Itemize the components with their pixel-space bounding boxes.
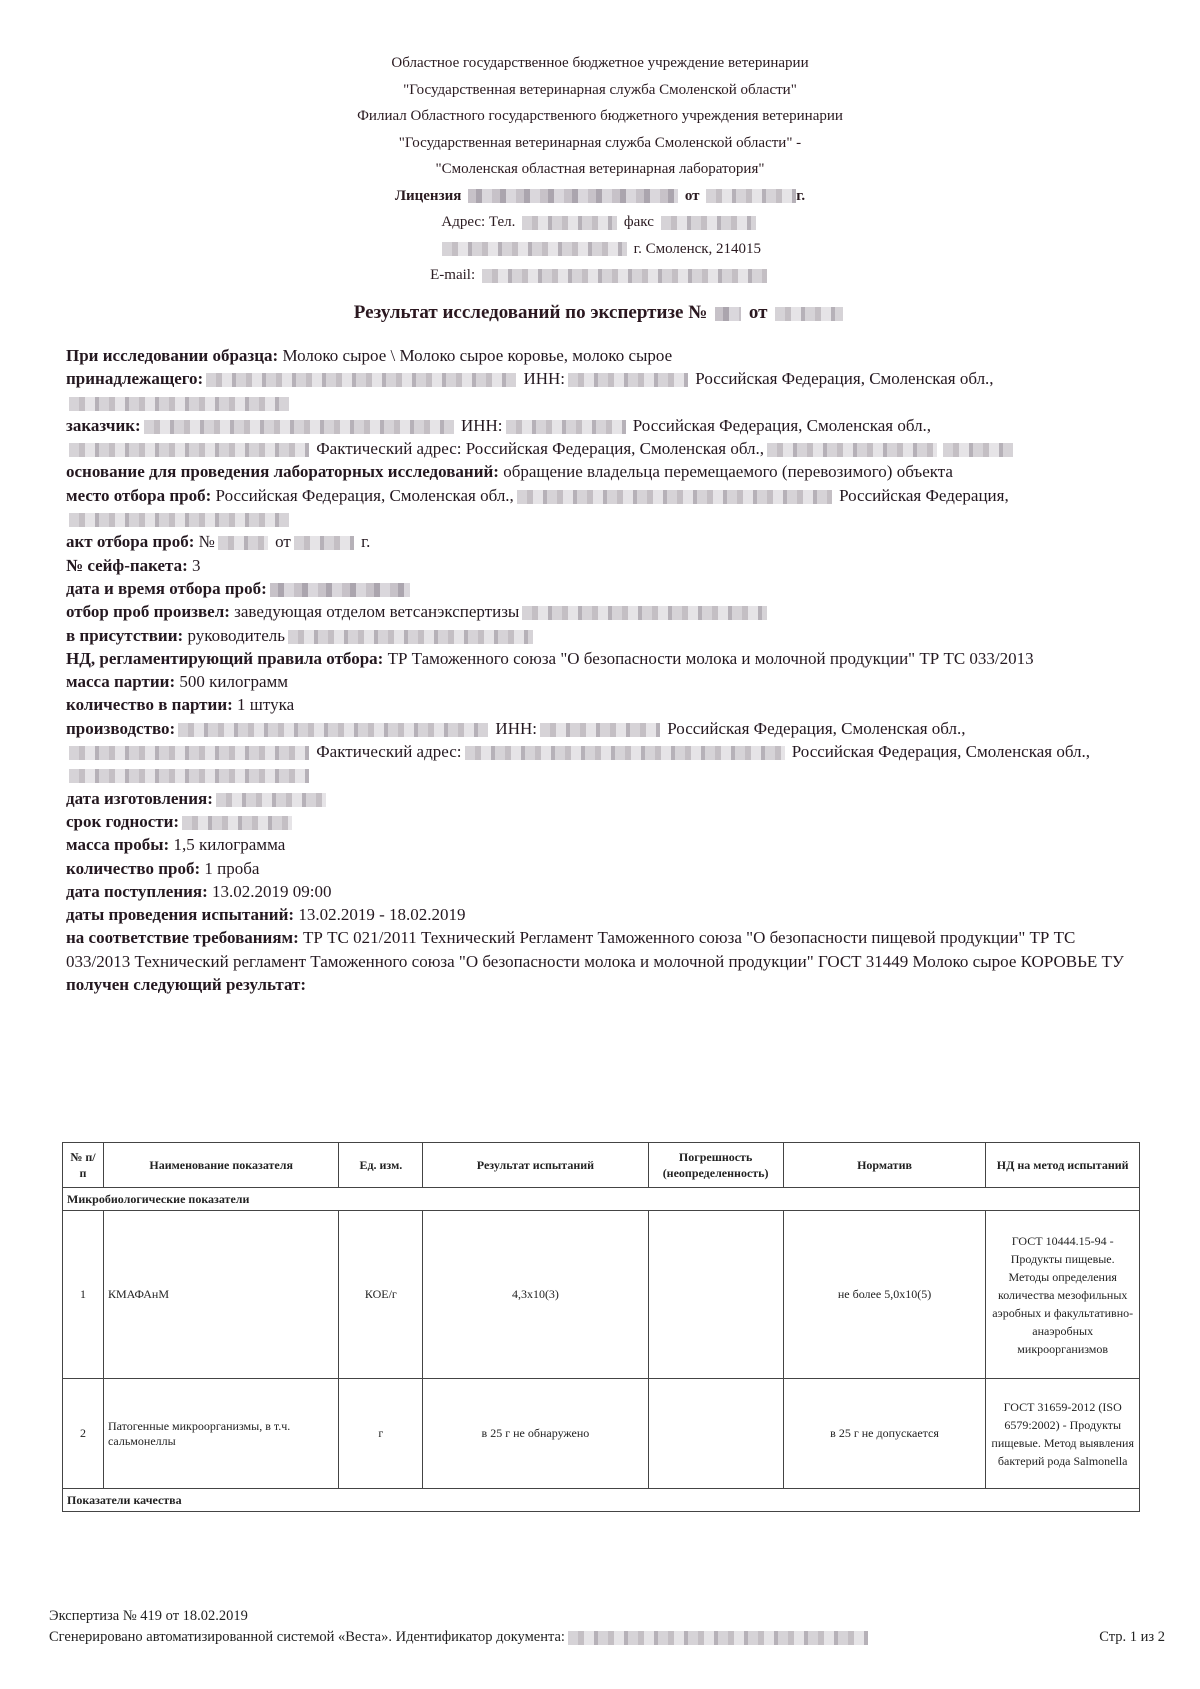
col-result: Результат испытаний <box>423 1143 648 1188</box>
header-line-4: "Государственная ветеринарная служба Смо… <box>0 130 1200 157</box>
redacted-phone <box>522 216 617 230</box>
cell-no: 2 <box>63 1379 104 1489</box>
license-line: Лицензия от г. <box>0 183 1200 210</box>
phone-line: Адрес: Тел. факс <box>0 209 1200 236</box>
page-number: Стр. 1 из 2 <box>1099 1627 1165 1648</box>
license-suffix: г. <box>796 188 805 204</box>
redacted-presence <box>288 630 533 644</box>
field-place: место отбора проб: Российская Федерация,… <box>66 484 1126 531</box>
redacted-inn <box>568 373 688 387</box>
cell-error <box>648 1379 783 1489</box>
field-safe-pack: № сейф-пакета: 3 <box>66 554 1126 577</box>
cell-norm: в 25 г не допускается <box>783 1379 986 1489</box>
cell-no: 1 <box>63 1211 104 1379</box>
fax-label: факс <box>624 214 654 230</box>
results-table: № п/п Наименование показателя Ед. изм. Р… <box>62 1142 1140 1512</box>
cell-name: Патогенные микроорганизмы, в т.ч. сальмо… <box>103 1379 338 1489</box>
redacted-act-number <box>218 536 268 550</box>
header-line-3: Филиал Областного государственюго бюджет… <box>0 103 1200 130</box>
address-line: г. Смоленск, 214015 <box>0 236 1200 263</box>
title-prefix: Результат исследований по экспертизе № <box>354 302 708 323</box>
cell-error <box>648 1211 783 1379</box>
field-basis: основание для проведения лабораторных ис… <box>66 460 1126 483</box>
redacted-document-id <box>568 1631 868 1645</box>
col-error: Погрешность (неопределенность) <box>648 1143 783 1188</box>
cell-result: 4,3x10(3) <box>423 1211 648 1379</box>
license-label: Лицензия <box>395 188 462 204</box>
redacted-place-2 <box>69 513 289 527</box>
field-customer: заказчик: ИНН: Российская Федерация, Смо… <box>66 414 1126 461</box>
redacted-customer-actual-address <box>767 443 937 457</box>
section-row: Показатели качества <box>63 1489 1140 1512</box>
cell-norm: не более 5,0x10(5) <box>783 1211 986 1379</box>
section-row: Микробиологические показатели <box>63 1188 1140 1211</box>
field-sampler: отбор проб произвел: заведующая отделом … <box>66 600 1126 623</box>
field-nd: НД, регламентирующий правила отбора: ТР … <box>66 647 1126 670</box>
redacted-expertise-date <box>775 307 843 321</box>
redacted-customer-address <box>69 443 309 457</box>
redacted-place-1 <box>517 490 832 504</box>
table-header-row: № п/п Наименование показателя Ед. изм. Р… <box>63 1143 1140 1188</box>
table-row: 1 КМАФАнМ КОЕ/г 4,3x10(3) не более 5,0x1… <box>63 1211 1140 1379</box>
field-batch-qty: количество в партии: 1 штука <box>66 693 1126 716</box>
city: г. Смоленск, 214015 <box>634 241 761 257</box>
redacted-customer-inn <box>506 420 626 434</box>
address-label: Адрес: Тел. <box>441 214 515 230</box>
redacted-owner-address <box>69 397 289 411</box>
redacted-producer-actual-address <box>465 746 785 760</box>
redacted-shelf-life <box>182 816 292 830</box>
redacted-customer <box>144 420 454 434</box>
footer-expertise: Экспертиза № 419 от 18.02.2019 <box>49 1606 1165 1627</box>
redacted-producer <box>178 723 488 737</box>
page-footer: Экспертиза № 419 от 18.02.2019 Сгенериро… <box>49 1606 1165 1648</box>
field-result-label: получен следующий результат: <box>66 973 1126 996</box>
cell-method: ГОСТ 10444.15-94 - Продукты пищевые. Мет… <box>986 1211 1140 1379</box>
field-presence: в присутствии: руководитель <box>66 624 1126 647</box>
section-title: Показатели качества <box>63 1489 1140 1512</box>
redacted-fax <box>661 216 756 230</box>
redacted-sampling-datetime <box>270 583 410 597</box>
col-name: Наименование показателя <box>103 1143 338 1188</box>
field-sample: При исследовании образца: Молоко сырое \… <box>66 344 1126 367</box>
section-title: Микробиологические показатели <box>63 1188 1140 1211</box>
field-act: акт отбора проб: № от г. <box>66 530 1126 553</box>
title-from: от <box>749 302 768 323</box>
cell-result: в 25 г не обнаружено <box>423 1379 648 1489</box>
redacted-producer-address <box>69 746 309 760</box>
header-line-5: "Смоленская областная ветеринарная лабор… <box>0 156 1200 183</box>
document-body: При исследовании образца: Молоко сырое \… <box>66 344 1126 996</box>
header-line-2: "Государственная ветеринарная служба Смо… <box>0 77 1200 104</box>
redacted-owner <box>206 373 516 387</box>
col-norm: Норматив <box>783 1143 986 1188</box>
cell-name: КМАФАнМ <box>103 1211 338 1379</box>
redacted-email <box>482 269 767 283</box>
redacted-license-date <box>706 189 796 203</box>
field-owner: принадлежащего: ИНН: Российская Федераци… <box>66 367 1126 414</box>
redacted-customer-actual-address-2 <box>943 443 1013 457</box>
cell-unit: г <box>339 1379 423 1489</box>
license-from: от <box>685 188 700 204</box>
field-batch-mass: масса партии: 500 килограмм <box>66 670 1126 693</box>
field-test-dates: даты проведения испытаний: 13.02.2019 - … <box>66 903 1126 926</box>
col-unit: Ед. изм. <box>339 1143 423 1188</box>
field-manufacture-date: дата изготовления: <box>66 787 1126 810</box>
field-receipt-date: дата поступления: 13.02.2019 09:00 <box>66 880 1126 903</box>
cell-unit: КОЕ/г <box>339 1211 423 1379</box>
field-sampling-datetime: дата и время отбора проб: <box>66 577 1126 600</box>
email-line: E-mail: <box>0 262 1200 289</box>
field-sample-mass: масса пробы: 1,5 килограмма <box>66 833 1126 856</box>
redacted-producer-actual-address-2 <box>69 769 309 783</box>
redacted-act-date <box>294 536 354 550</box>
footer-generated-row: Сгенерировано автоматизированной системо… <box>49 1627 1165 1648</box>
field-production: производство: ИНН: Российская Федерация,… <box>66 717 1126 787</box>
redacted-street <box>442 242 627 256</box>
footer-generated: Сгенерировано автоматизированной системо… <box>49 1627 871 1648</box>
col-method: НД на метод испытаний <box>986 1143 1140 1188</box>
field-compliance: на соответствие требованиям: ТР ТС 021/2… <box>66 926 1126 973</box>
lab-header: Областное государственное бюджетное учре… <box>0 50 1200 289</box>
cell-method: ГОСТ 31659-2012 (ISO 6579:2002) - Продук… <box>986 1379 1140 1489</box>
redacted-manufacture-date <box>216 793 326 807</box>
header-line-1: Областное государственное бюджетное учре… <box>0 50 1200 77</box>
redacted-sampler <box>522 606 767 620</box>
redacted-producer-inn <box>540 723 660 737</box>
table-row: 2 Патогенные микроорганизмы, в т.ч. саль… <box>63 1379 1140 1489</box>
field-sample-count: количество проб: 1 проба <box>66 857 1126 880</box>
email-label: E-mail: <box>430 267 475 283</box>
col-no: № п/п <box>63 1143 104 1188</box>
redacted-expertise-number <box>715 307 741 321</box>
redacted-license-number <box>468 189 678 203</box>
field-shelf-life: срок годности: <box>66 810 1126 833</box>
document-title: Результат исследований по экспертизе № о… <box>0 302 1200 324</box>
